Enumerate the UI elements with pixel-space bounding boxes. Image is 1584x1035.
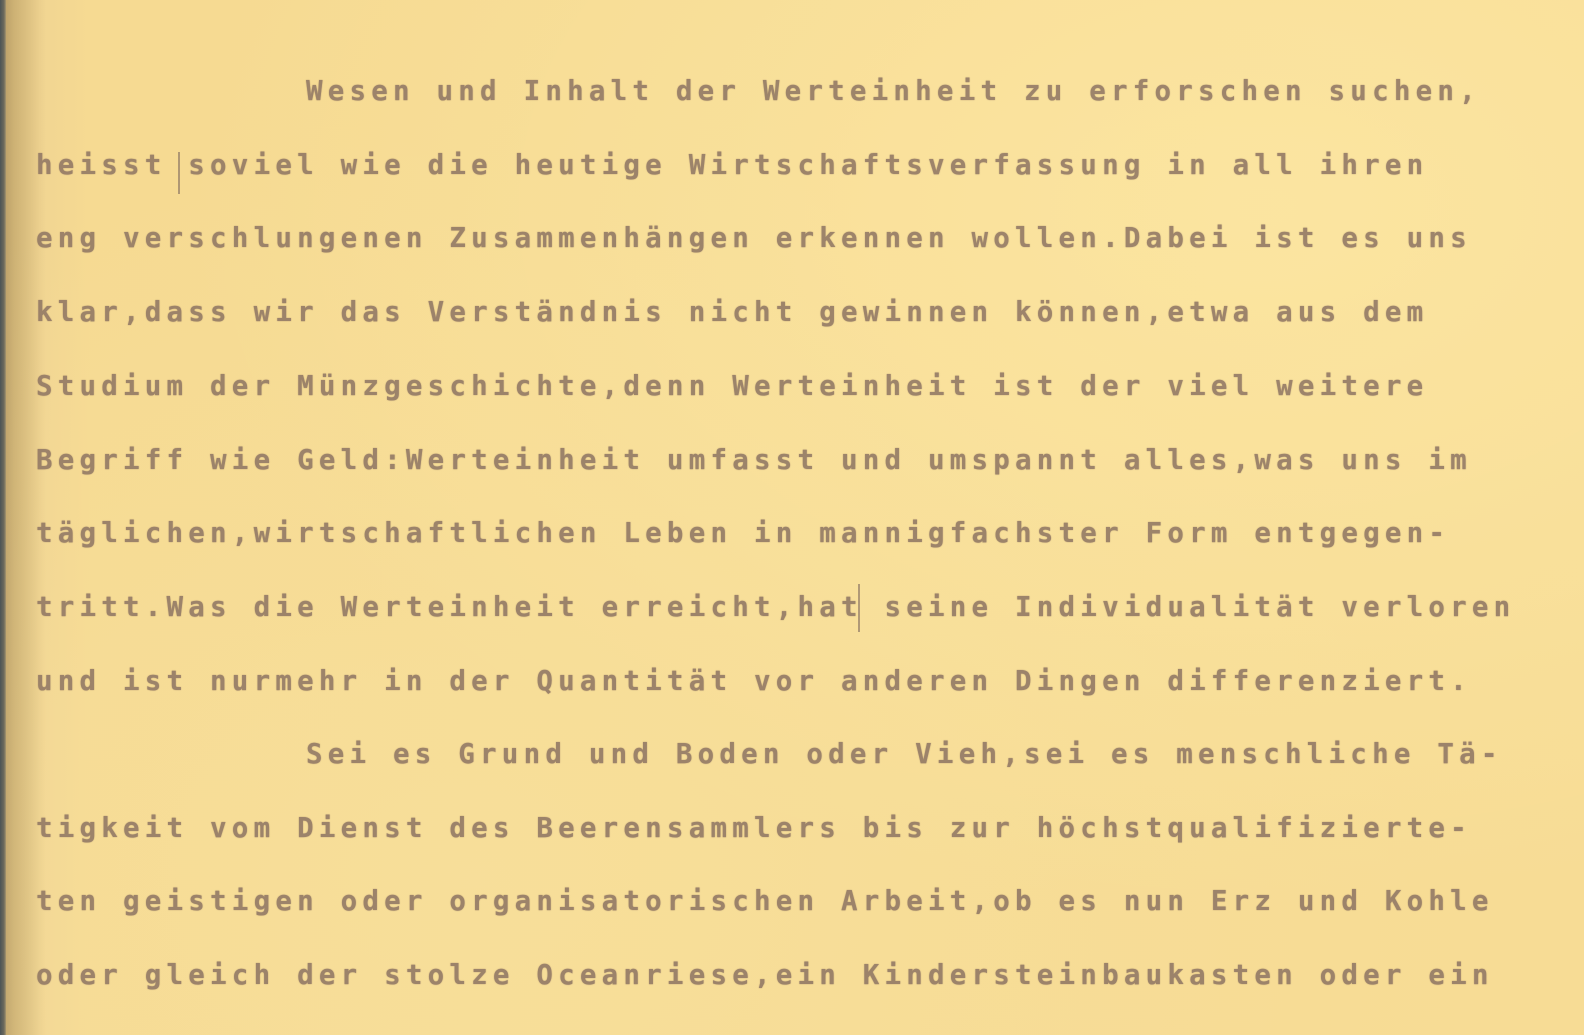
text-line: tritt.Was die Werteinheit erreicht,hat s… <box>36 594 1515 622</box>
text-line: tigkeit vom Dienst des Beerensammlers bi… <box>36 815 1472 843</box>
correction-mark <box>858 584 860 632</box>
typewritten-text: Wesen und Inhalt der Werteinheit zu erfo… <box>0 0 1584 1035</box>
text-line: Wesen und Inhalt der Werteinheit zu erfo… <box>306 78 1481 106</box>
text-line: und ist nurmehr in der Quantität vor and… <box>36 668 1472 696</box>
text-line: Sei es Grund und Boden oder Vieh,sei es … <box>306 741 1503 769</box>
text-line: eng verschlungenen Zusammenhängen erkenn… <box>36 225 1472 253</box>
correction-mark <box>178 152 180 194</box>
paper-page: Wesen und Inhalt der Werteinheit zu erfo… <box>0 0 1584 1035</box>
text-line: täglichen,wirtschaftlichen Leben in mann… <box>36 520 1450 548</box>
text-line: Studium der Münzgeschichte,denn Werteinh… <box>36 373 1428 401</box>
text-line: oder gleich der stolze Oceanriese,ein Ki… <box>36 962 1494 990</box>
text-line: klar,dass wir das Verständnis nicht gewi… <box>36 299 1428 327</box>
text-line: ten geistigen oder organisatorischen Arb… <box>36 888 1494 916</box>
text-line: Begriff wie Geld:Werteinheit umfasst und… <box>36 447 1472 475</box>
text-line: heisst soviel wie die heutige Wirtschaft… <box>36 152 1428 180</box>
